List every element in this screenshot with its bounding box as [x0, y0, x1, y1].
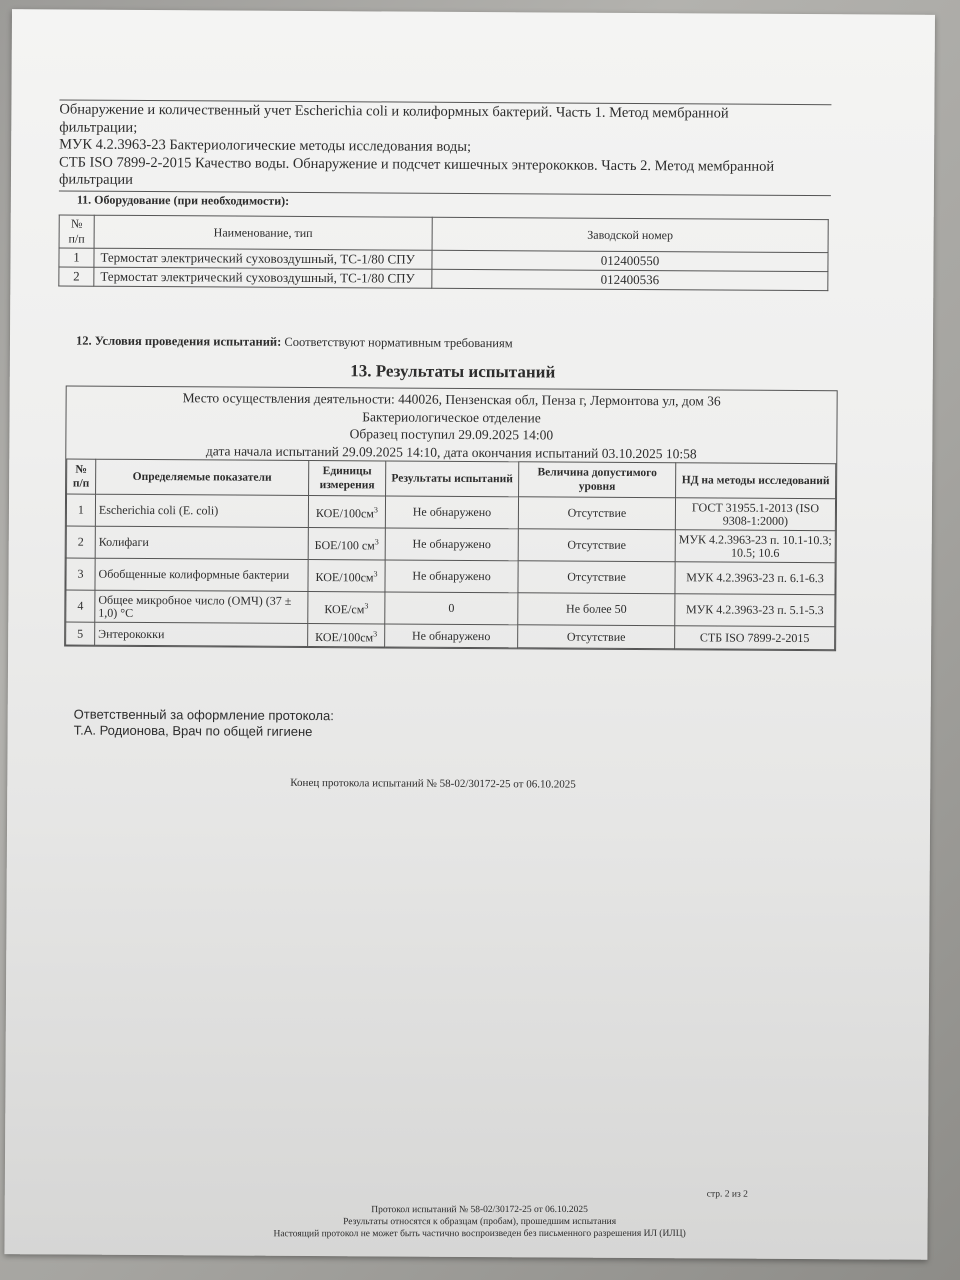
equipment-name: Термостат электрический суховоздушный, Т… — [94, 248, 432, 269]
method-item: Обнаружение и количественный учет Escher… — [59, 101, 789, 140]
col-header-result: Результаты испытаний — [386, 461, 519, 497]
allowed-limit-text: Отсутствие — [567, 570, 626, 584]
allowed-limit: Отсутствие — [518, 625, 675, 649]
unit-text: КОЕ/100см — [316, 570, 374, 584]
document-page: Обнаружение и количественный учет Escher… — [4, 9, 935, 1260]
test-method: МУК 4.2.3963-23 п. 5.1-5.3 — [675, 594, 835, 627]
allowed-limit: Отсутствие — [518, 497, 675, 530]
table-row: 4Общее микробное число (ОМЧ) (37 ± 1,0) … — [66, 590, 835, 627]
row-num: 3 — [66, 558, 95, 590]
test-method: МУК 4.2.3963-23 п. 6.1-6.3 — [675, 562, 835, 595]
unit-text: КОЕ/см — [324, 602, 364, 616]
allowed-limit-text: Отсутствие — [568, 506, 627, 520]
protocol-end-text: Конец протокола испытаний № 58-02/30172-… — [290, 777, 576, 791]
test-result: Не обнаружено — [385, 560, 518, 593]
allowed-limit: Отсутствие — [518, 529, 675, 562]
footer-line: Результаты относятся к образцам (пробам)… — [165, 1216, 795, 1229]
section-12-value: Соответствуют нормативным требованиям — [284, 335, 512, 350]
indicator-name: Общее микробное число (ОМЧ) (37 ± 1,0) °… — [95, 590, 308, 623]
test-result: Не обнаружено — [385, 496, 518, 529]
indicator-name: Escherichia coli (E. coli) — [95, 494, 308, 527]
col-header-serial: Заводской номер — [432, 217, 828, 252]
test-method-text: ГОСТ 31955.1-2013 (ISO 9308-1:2000) — [692, 500, 819, 528]
allowed-limit: Не более 50 — [518, 593, 675, 626]
test-method-text: СТБ ISO 7899-2-2015 — [700, 630, 810, 645]
indicator-name-text: Escherichia coli (E. coli) — [99, 503, 218, 518]
unit-superscript: 3 — [373, 629, 377, 638]
allowed-limit-text: Отсутствие — [567, 538, 626, 552]
test-method: ГОСТ 31955.1-2013 (ISO 9308-1:2000) — [675, 498, 835, 531]
table-row: 1Escherichia coli (E. coli)КОЕ/100см3Не … — [66, 494, 835, 531]
test-result-text: Не обнаружено — [412, 569, 491, 583]
allowed-limit-text: Не более 50 — [566, 602, 627, 616]
test-result: Не обнаружено — [385, 528, 518, 561]
serial-number: 012400536 — [432, 269, 828, 290]
allowed-limit: Отсутствие — [518, 561, 675, 594]
table-row: 3Обобщенные колиформные бактерииКОЕ/100с… — [66, 558, 835, 595]
page-number: стр. 2 из 2 — [707, 1189, 748, 1199]
row-num: 1 — [66, 494, 95, 526]
responsible-label: Ответственный за оформление протокола: — [74, 707, 334, 725]
footer-line: Настоящий протокол не может быть частичн… — [165, 1228, 795, 1241]
results-header: Место осуществления деятельности: 440026… — [66, 387, 836, 464]
test-result-text: Не обнаружено — [412, 628, 491, 642]
unit-text: КОЕ/100см — [316, 506, 374, 520]
methods-list: Обнаружение и количественный учет Escher… — [59, 101, 790, 193]
test-result-text: Не обнаружено — [412, 537, 491, 551]
col-header-limit: Величина допустимого уровня — [519, 462, 676, 498]
unit: КОЕ/100см3 — [308, 560, 385, 592]
unit-superscript: 3 — [375, 537, 379, 546]
row-num-text: 4 — [77, 599, 83, 613]
row-num: 2 — [66, 526, 95, 558]
row-num-text: 5 — [77, 626, 83, 640]
test-method: МУК 4.2.3963-23 п. 10.1-10.3; 10.5; 10.6 — [675, 530, 835, 563]
row-num: 1 — [59, 248, 94, 267]
unit-text: КОЕ/100см — [315, 630, 373, 644]
equipment-name: Термостат электрический суховоздушный, Т… — [94, 267, 432, 288]
unit-text: БОЕ/100 см — [315, 538, 375, 552]
serial-number: 012400550 — [432, 250, 828, 271]
responsible-name: Т.А. Родионова, Врач по общей гигиене — [74, 723, 334, 741]
indicator-name: Обобщенные колиформные бактерии — [95, 558, 308, 591]
section-11-title: 11. Оборудование (при необходимости): — [77, 193, 289, 209]
col-header-indicator: Определяемые показатели — [96, 459, 309, 495]
row-num: 4 — [66, 590, 95, 622]
indicator-name-text: Энтерококки — [98, 626, 164, 640]
section-13-title: 13. Результаты испытаний — [58, 359, 848, 384]
row-num: 5 — [66, 622, 95, 645]
row-num: 2 — [59, 267, 94, 286]
col-header-method: НД на методы исследований — [676, 463, 836, 499]
col-header-num: № п/п — [59, 215, 94, 248]
table-row: 2 Термостат электрический суховоздушный,… — [59, 267, 828, 291]
results-block: Место осуществления деятельности: 440026… — [64, 386, 838, 652]
table-header-row: № п/п Определяемые показатели Единицы из… — [67, 459, 836, 499]
test-method: СТБ ISO 7899-2-2015 — [675, 626, 835, 650]
col-header-num: № п/п — [67, 459, 96, 494]
unit-superscript: 3 — [374, 505, 378, 514]
test-method-text: МУК 4.2.3963-23 п. 10.1-10.3; 10.5; 10.6 — [679, 532, 832, 560]
unit: КОЕ/см3 — [308, 591, 385, 623]
unit: КОЕ/100см3 — [308, 496, 385, 528]
table-row: 5ЭнтерококкиКОЕ/100см3Не обнаруженоОтсут… — [66, 622, 835, 650]
row-num-text: 2 — [78, 535, 84, 549]
method-item: СТБ ISO 7899-2-2015 Качество воды. Обнар… — [59, 154, 789, 193]
allowed-limit-text: Отсутствие — [567, 629, 626, 643]
responsible-block: Ответственный за оформление протокола: Т… — [74, 707, 334, 741]
test-result-text: 0 — [448, 601, 454, 615]
indicator-name-text: Обобщенные колиформные бактерии — [99, 567, 290, 582]
section-12: 12. Условия проведения испытаний: Соотве… — [76, 334, 513, 352]
test-result-text: Не обнаружено — [413, 505, 492, 519]
footer-line: Протокол испытаний № 58-02/30172-25 от 0… — [165, 1204, 795, 1217]
unit: БОЕ/100 см3 — [308, 528, 385, 560]
table-row: 2КолифагиБОЕ/100 см3Не обнаруженоОтсутст… — [66, 526, 835, 563]
unit: КОЕ/100см3 — [308, 623, 385, 646]
table-header-row: № п/п Наименование, тип Заводской номер — [59, 215, 828, 253]
col-header-unit: Единицы измерения — [309, 461, 386, 496]
test-method-text: МУК 4.2.3963-23 п. 6.1-6.3 — [686, 570, 824, 585]
page-footer: Протокол испытаний № 58-02/30172-25 от 0… — [165, 1204, 795, 1241]
indicator-name: Колифаги — [95, 526, 308, 559]
unit-superscript: 3 — [374, 569, 378, 578]
test-method-text: МУК 4.2.3963-23 п. 5.1-5.3 — [686, 602, 824, 617]
indicator-name-text: Общее микробное число (ОМЧ) (37 ± 1,0) °… — [98, 592, 291, 619]
col-header-name: Наименование, тип — [94, 215, 432, 250]
section-12-label: 12. Условия проведения испытаний: — [76, 334, 281, 349]
equipment-table: № п/п Наименование, тип Заводской номер … — [58, 214, 828, 291]
row-num-text: 3 — [78, 567, 84, 581]
indicator-name-text: Колифаги — [99, 535, 149, 549]
test-result: 0 — [385, 592, 518, 625]
row-num-text: 1 — [78, 503, 84, 517]
unit-superscript: 3 — [364, 601, 368, 610]
indicator-name: Энтерококки — [95, 622, 308, 646]
test-result: Не обнаружено — [385, 624, 518, 648]
results-table: № п/п Определяемые показатели Единицы из… — [65, 459, 836, 651]
